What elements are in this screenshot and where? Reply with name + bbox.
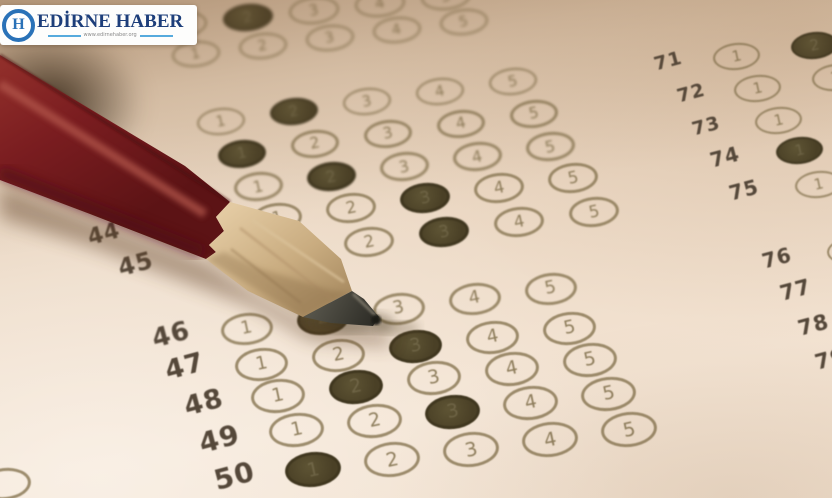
answer-bubble-76-option-1: 1 — [825, 234, 832, 266]
bubble-label: 3 — [407, 336, 422, 356]
bubble-label: 1 — [251, 177, 264, 195]
marked-bubble-71-option-2: 2 — [789, 29, 832, 61]
optical-answer-sheet: 1234512345123451234512345123454412345451… — [0, 0, 832, 498]
answer-bubble-47-option-4: 4 — [464, 318, 520, 356]
bubble-label: 2 — [324, 167, 337, 185]
marked-bubble-44-option-3: 3 — [399, 180, 452, 215]
marked-bubble-48-option-2: 2 — [327, 367, 384, 406]
bubble-label: 3 — [397, 157, 410, 175]
bubble-label: 1 — [240, 319, 255, 339]
bubble-label: 2 — [362, 233, 376, 251]
bubble-label: 2 — [242, 9, 254, 25]
marked-bubble-50-option-1: 1 — [283, 449, 342, 490]
answer-bubble-43-option-5: 5 — [524, 129, 576, 163]
answer-bubble-43-option-4: 4 — [451, 139, 503, 173]
bubble-label: 5 — [543, 137, 556, 155]
answer-bubble-49-option-2: 2 — [345, 401, 403, 441]
marked-bubble-74-option-1: 1 — [774, 134, 824, 166]
bubble-label: 2 — [348, 377, 364, 398]
answer-bubble-41-option-5: 5 — [488, 65, 539, 97]
answer-bubble-73-option-1: 1 — [753, 104, 803, 136]
answer-bubble-50-option-3: 3 — [441, 429, 500, 470]
site-logo: H EDİRNE HABER www.edirnehaber.org — [0, 5, 197, 45]
question-number-76: 76 — [760, 244, 794, 271]
bubble-label: 3 — [392, 299, 407, 319]
answer-bubble-41-option-3: 3 — [342, 85, 393, 117]
question-number-74: 74 — [708, 143, 742, 170]
bubble-label: 2 — [384, 448, 400, 469]
question-number-49: 49 — [196, 420, 243, 458]
bubble-label: 1 — [772, 112, 784, 128]
answer-bubble-47-option-1: 1 — [233, 345, 289, 383]
bubble-label: 2 — [288, 103, 300, 119]
bubble-label: 1 — [751, 80, 763, 96]
logo-text: EDİRNE HABER www.edirnehaber.org — [37, 12, 183, 39]
answer-bubble-45-option-2: 2 — [343, 224, 396, 259]
bubble-label: 4 — [434, 83, 446, 99]
question-number-79: 79 — [813, 346, 832, 374]
answer-bubble-72-option-1: 1 — [732, 72, 782, 104]
bubble-label: 5 — [587, 203, 601, 221]
answer-bubble-48-option-1: 1 — [249, 376, 306, 415]
bubble-label: 4 — [522, 393, 538, 414]
answer-bubble-50-option-4: 4 — [520, 419, 579, 460]
bubble-label: 5 — [528, 105, 541, 122]
bubble-label: 1 — [236, 145, 249, 162]
answer-bubble-46-option-1: 1 — [219, 310, 274, 347]
answer-bubble-44-option-5: 5 — [547, 160, 600, 195]
bubble-label: 2 — [366, 411, 382, 432]
bubble-label: 2 — [257, 38, 269, 54]
logo-subline: www.edirnehaber.org — [48, 33, 173, 38]
bubble-label: 1 — [305, 458, 321, 479]
bubble-label: 5 — [458, 14, 470, 30]
answer-bubble-49-option-1: 1 — [267, 410, 325, 450]
answer-bubble-42-option-4: 4 — [436, 108, 487, 141]
bubble-label: 4 — [391, 22, 403, 38]
bubble-label: 1 — [215, 113, 227, 129]
answer-bubble-edge-option- — [0, 465, 33, 498]
bubble-label: 2 — [344, 199, 358, 217]
site-url: www.edirnehaber.org — [84, 33, 137, 38]
bubble-label: 5 — [621, 418, 637, 439]
bubble-label: 4 — [492, 179, 506, 197]
bubble-label: 5 — [561, 318, 576, 338]
bubble-label: 3 — [382, 125, 395, 142]
marked-bubble-43-option-2: 2 — [305, 159, 357, 193]
marked-bubble-45-option-3: 3 — [418, 214, 471, 249]
bubble-label: 4 — [542, 428, 558, 449]
bubble-label: 5 — [507, 73, 519, 89]
answer-bubble-47-option-5: 5 — [541, 309, 597, 347]
answer-bubble-40-option-5: 5 — [439, 7, 489, 38]
question-number-72: 72 — [675, 80, 707, 106]
bubble-label: 3 — [418, 189, 432, 207]
answer-bubble-40-option-3: 3 — [305, 23, 355, 54]
question-number-71: 71 — [652, 48, 684, 74]
answer-bubble-40-option-4: 4 — [372, 15, 422, 46]
question-number-78: 78 — [796, 312, 832, 340]
answer-bubble-44-option-2: 2 — [325, 190, 378, 225]
question-number-44: 44 — [86, 220, 123, 250]
answer-bubble-45-option-4: 4 — [493, 204, 546, 239]
answer-bubble-42-option-3: 3 — [363, 118, 414, 151]
marked-bubble-41-option-2: 2 — [269, 95, 320, 127]
bubble-label: 1 — [730, 48, 742, 64]
answer-bubble-46-option-5: 5 — [523, 270, 578, 307]
bubble-label: 4 — [470, 147, 483, 165]
bubble-label: 4 — [468, 289, 483, 309]
answer-bubble-45-option-1: 1 — [268, 234, 321, 269]
question-number-77: 77 — [778, 277, 814, 305]
bubble-label: 3 — [324, 30, 336, 46]
bubble-label: 2 — [309, 135, 322, 152]
bubble-label: 3 — [426, 368, 442, 389]
bubble-label: 5 — [600, 384, 616, 405]
bubble-label: 4 — [512, 213, 526, 231]
answer-bubble-43-option-3: 3 — [378, 149, 430, 183]
question-number-45: 45 — [115, 248, 155, 280]
bubble-label: 1 — [270, 209, 284, 227]
question-number-47: 47 — [162, 348, 207, 384]
site-name: EDİRNE HABER — [37, 12, 183, 33]
logo-rule-left — [48, 35, 81, 37]
question-number-50: 50 — [211, 457, 258, 495]
answer-bubble-50-option-2: 2 — [362, 439, 421, 480]
answer-bubble-75-option-1: 1 — [793, 168, 832, 200]
bubble-label: 5 — [544, 279, 559, 299]
answer-bubble-42-option-2: 2 — [290, 128, 341, 161]
answer-bubble-42-option-5: 5 — [509, 98, 560, 131]
bubble-label: 1 — [812, 176, 824, 192]
marked-bubble-42-option-1: 1 — [217, 138, 268, 171]
bubble-label: 3 — [437, 223, 451, 241]
bubble-label: 4 — [484, 327, 499, 347]
bubble-label: 1 — [287, 243, 301, 261]
answer-bubble-48-option-3: 3 — [405, 358, 462, 397]
answer-bubble-41-option-4: 4 — [415, 75, 466, 107]
question-number-46: 46 — [150, 317, 194, 352]
question-number-75: 75 — [727, 176, 761, 203]
bubble-label: 2 — [808, 37, 820, 53]
bubble-label: 4 — [374, 0, 386, 11]
bubble-label: 1 — [270, 386, 286, 407]
answer-bubble-71-option-1: 1 — [711, 40, 761, 72]
bubble-label: 1 — [190, 46, 202, 62]
bubble-label: 5 — [440, 0, 452, 4]
bubble-label: 1 — [288, 420, 304, 441]
bubble-label: 5 — [566, 169, 580, 187]
answer-bubble-39-option-3: 3 — [288, 0, 341, 26]
question-number-73: 73 — [690, 113, 722, 139]
bubble-label: 3 — [463, 438, 479, 459]
marked-bubble-47-option-3: 3 — [387, 327, 443, 365]
bubble-label: 1 — [253, 354, 268, 374]
bubble-label: 2 — [316, 309, 331, 329]
answer-bubble-41-option-1: 1 — [196, 105, 247, 137]
bubble-label: 4 — [504, 359, 520, 380]
answer-bubble-44-option-1: 1 — [251, 200, 304, 235]
bubble-label: 3 — [308, 2, 320, 18]
photo-answer-sheet: 1234512345123451234512345123454412345451… — [0, 0, 832, 498]
bubble-label: 3 — [444, 402, 460, 423]
bubble-label: 1 — [793, 142, 805, 158]
answer-bubble-40-option-2: 2 — [238, 31, 288, 62]
question-number-48: 48 — [181, 384, 226, 420]
answer-bubble-45-option-5: 5 — [568, 194, 621, 229]
answer-bubble-72-option-2: 2 — [810, 61, 832, 93]
answer-bubble-49-option-4: 4 — [501, 383, 559, 423]
answer-bubble-47-option-2: 2 — [310, 336, 366, 374]
answer-bubble-49-option-5: 5 — [579, 374, 637, 414]
bubble-label: 5 — [582, 350, 598, 371]
logo-h-icon: H — [2, 9, 35, 42]
marked-bubble-49-option-3: 3 — [423, 392, 481, 432]
answer-bubble-43-option-1: 1 — [232, 169, 284, 203]
answer-bubble-46-option-3: 3 — [371, 290, 426, 327]
bubble-label: 3 — [361, 93, 373, 109]
marked-bubble-46-option-2: 2 — [295, 300, 350, 337]
answer-bubble-48-option-4: 4 — [483, 349, 540, 388]
answer-bubble-44-option-4: 4 — [473, 170, 526, 205]
logo-rule-right — [140, 35, 173, 37]
answer-bubble-46-option-4: 4 — [447, 280, 502, 317]
bubble-label: 2 — [330, 345, 345, 365]
marked-bubble-39-option-2: 2 — [222, 1, 275, 33]
bubble-label: 4 — [455, 115, 468, 132]
answer-bubble-50-option-5: 5 — [599, 409, 658, 450]
answer-bubble-48-option-5: 5 — [561, 340, 618, 379]
